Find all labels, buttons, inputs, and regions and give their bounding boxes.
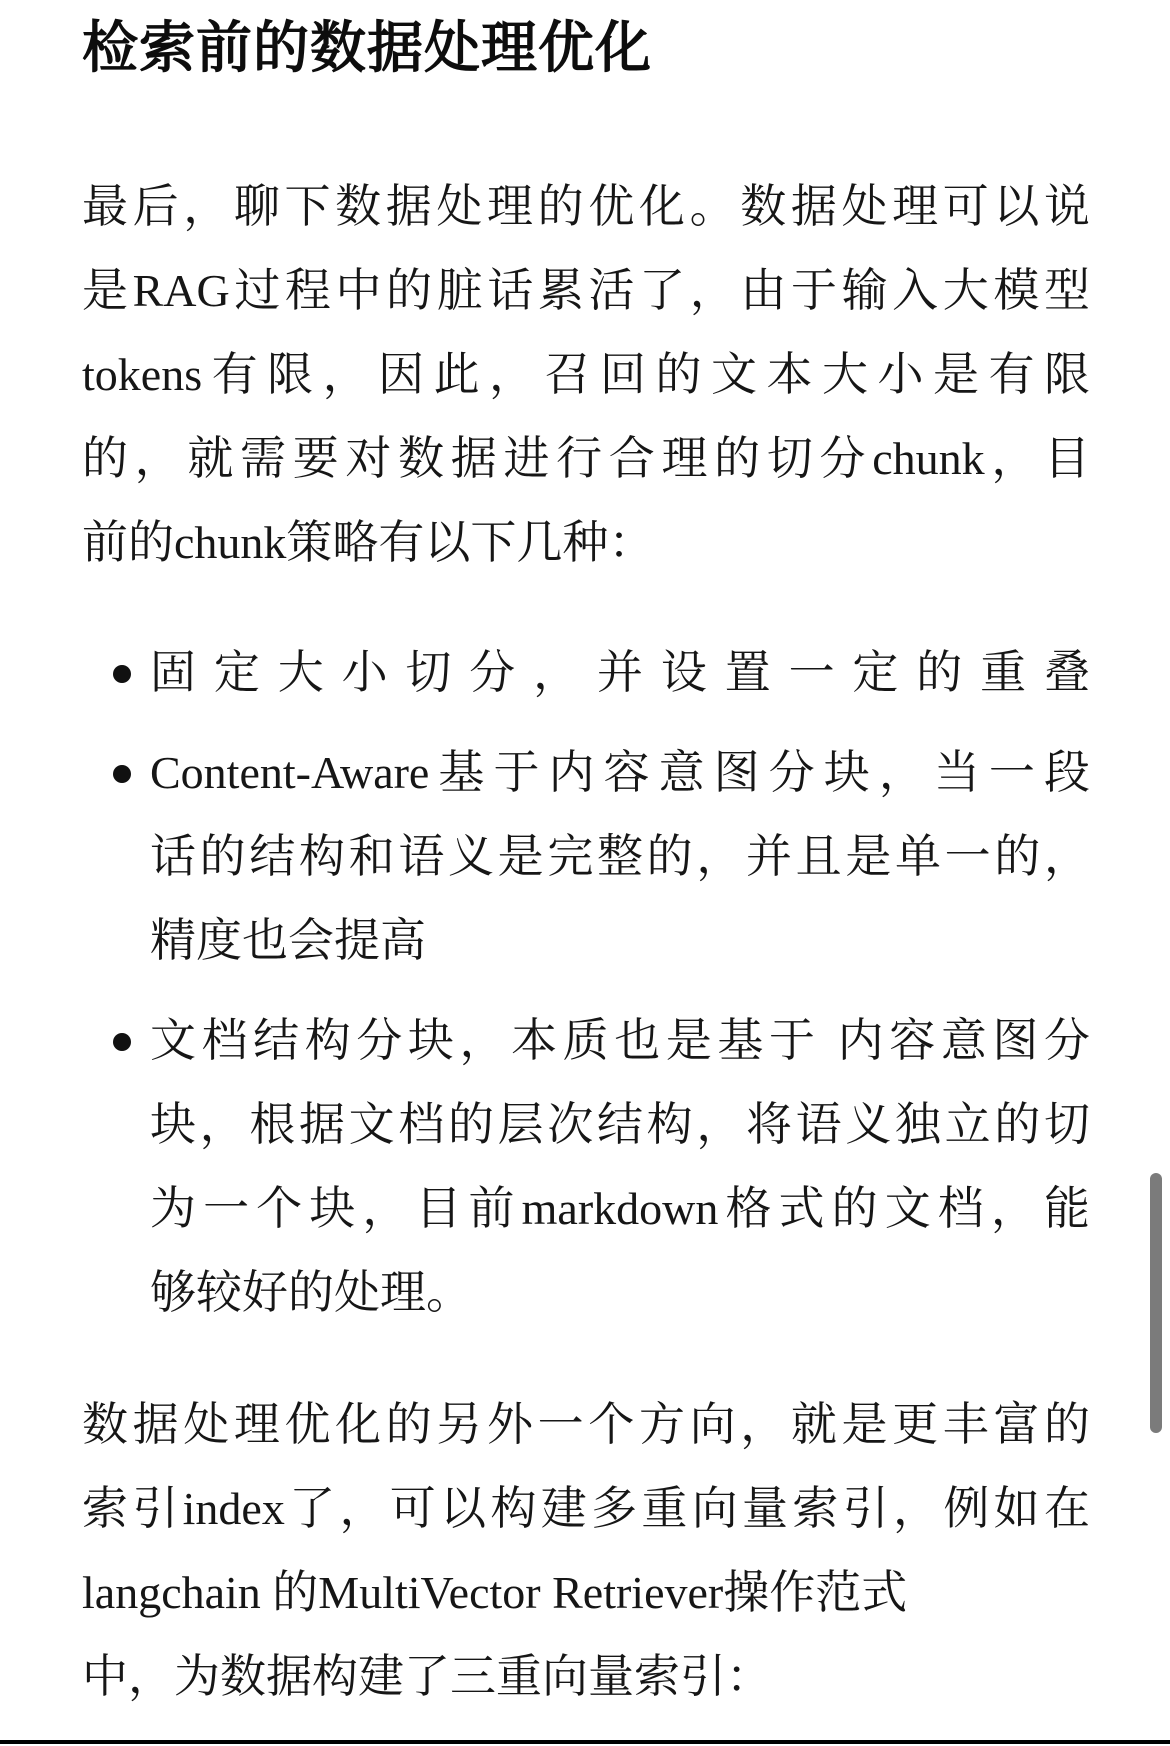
list-item-line: 固定大小切分，并设置一定的重叠 — [150, 631, 1090, 715]
list-item-line: 够较好的处理。 — [150, 1251, 1090, 1335]
list-item-line: 话的结构和语义是完整的，并且是单一的， — [150, 815, 1090, 899]
scrollbar-thumb[interactable] — [1150, 1173, 1162, 1433]
bullet-icon — [113, 765, 131, 783]
bullet-icon — [113, 665, 131, 683]
paragraph-line: 的，就需要对数据进行合理的切分chunk，目 — [82, 417, 1090, 501]
page-title: 检索前的数据处理优化 — [82, 14, 1090, 81]
paragraph-line: 中，为数据构建了三重向量索引： — [82, 1635, 1090, 1719]
list-item-line: 精度也会提高 — [150, 899, 1090, 983]
article-page: { "page": { "background_color": "#ffffff… — [0, 0, 1170, 1746]
bullet-icon — [113, 1033, 131, 1051]
paragraph-line: 是RAG过程中的脏话累活了，由于输入大模型 — [82, 249, 1090, 333]
paragraph-line: 最后，聊下数据处理的优化。数据处理可以说 — [82, 165, 1090, 249]
paragraph-line: langchain 的MultiVector Retriever操作范式 — [82, 1551, 1090, 1635]
list-item: Content-Aware基于内容意图分块，当一段 话的结构和语义是完整的，并且… — [82, 731, 1090, 983]
intro-paragraph: 最后，聊下数据处理的优化。数据处理可以说 是RAG过程中的脏话累活了，由于输入大… — [82, 165, 1090, 585]
bottom-divider — [0, 1740, 1170, 1744]
paragraph-line: 数据处理优化的另外一个方向，就是更丰富的 — [82, 1383, 1090, 1467]
article-content: 检索前的数据处理优化 最后，聊下数据处理的优化。数据处理可以说 是RAG过程中的… — [0, 14, 1170, 1719]
list-item-line: 块，根据文档的层次结构，将语义独立的切 — [150, 1083, 1090, 1167]
list-item: 文档结构分块，本质也是基于 内容意图分 块，根据文档的层次结构，将语义独立的切 … — [82, 999, 1090, 1335]
chunk-strategy-list: 固定大小切分，并设置一定的重叠 Content-Aware基于内容意图分块，当一… — [82, 631, 1090, 1335]
list-item-line: 为一个块，目前markdown格式的文档，能 — [150, 1167, 1090, 1251]
paragraph-line: 前的chunk策略有以下几种： — [82, 501, 1090, 585]
list-item-line: Content-Aware基于内容意图分块，当一段 — [150, 731, 1090, 815]
list-item: 固定大小切分，并设置一定的重叠 — [82, 631, 1090, 715]
index-paragraph: 数据处理优化的另外一个方向，就是更丰富的 索引index了，可以构建多重向量索引… — [82, 1383, 1090, 1719]
paragraph-line: 索引index了，可以构建多重向量索引，例如在 — [82, 1467, 1090, 1551]
list-item-line: 文档结构分块，本质也是基于 内容意图分 — [150, 999, 1090, 1083]
paragraph-line: tokens有限，因此，召回的文本大小是有限 — [82, 333, 1090, 417]
